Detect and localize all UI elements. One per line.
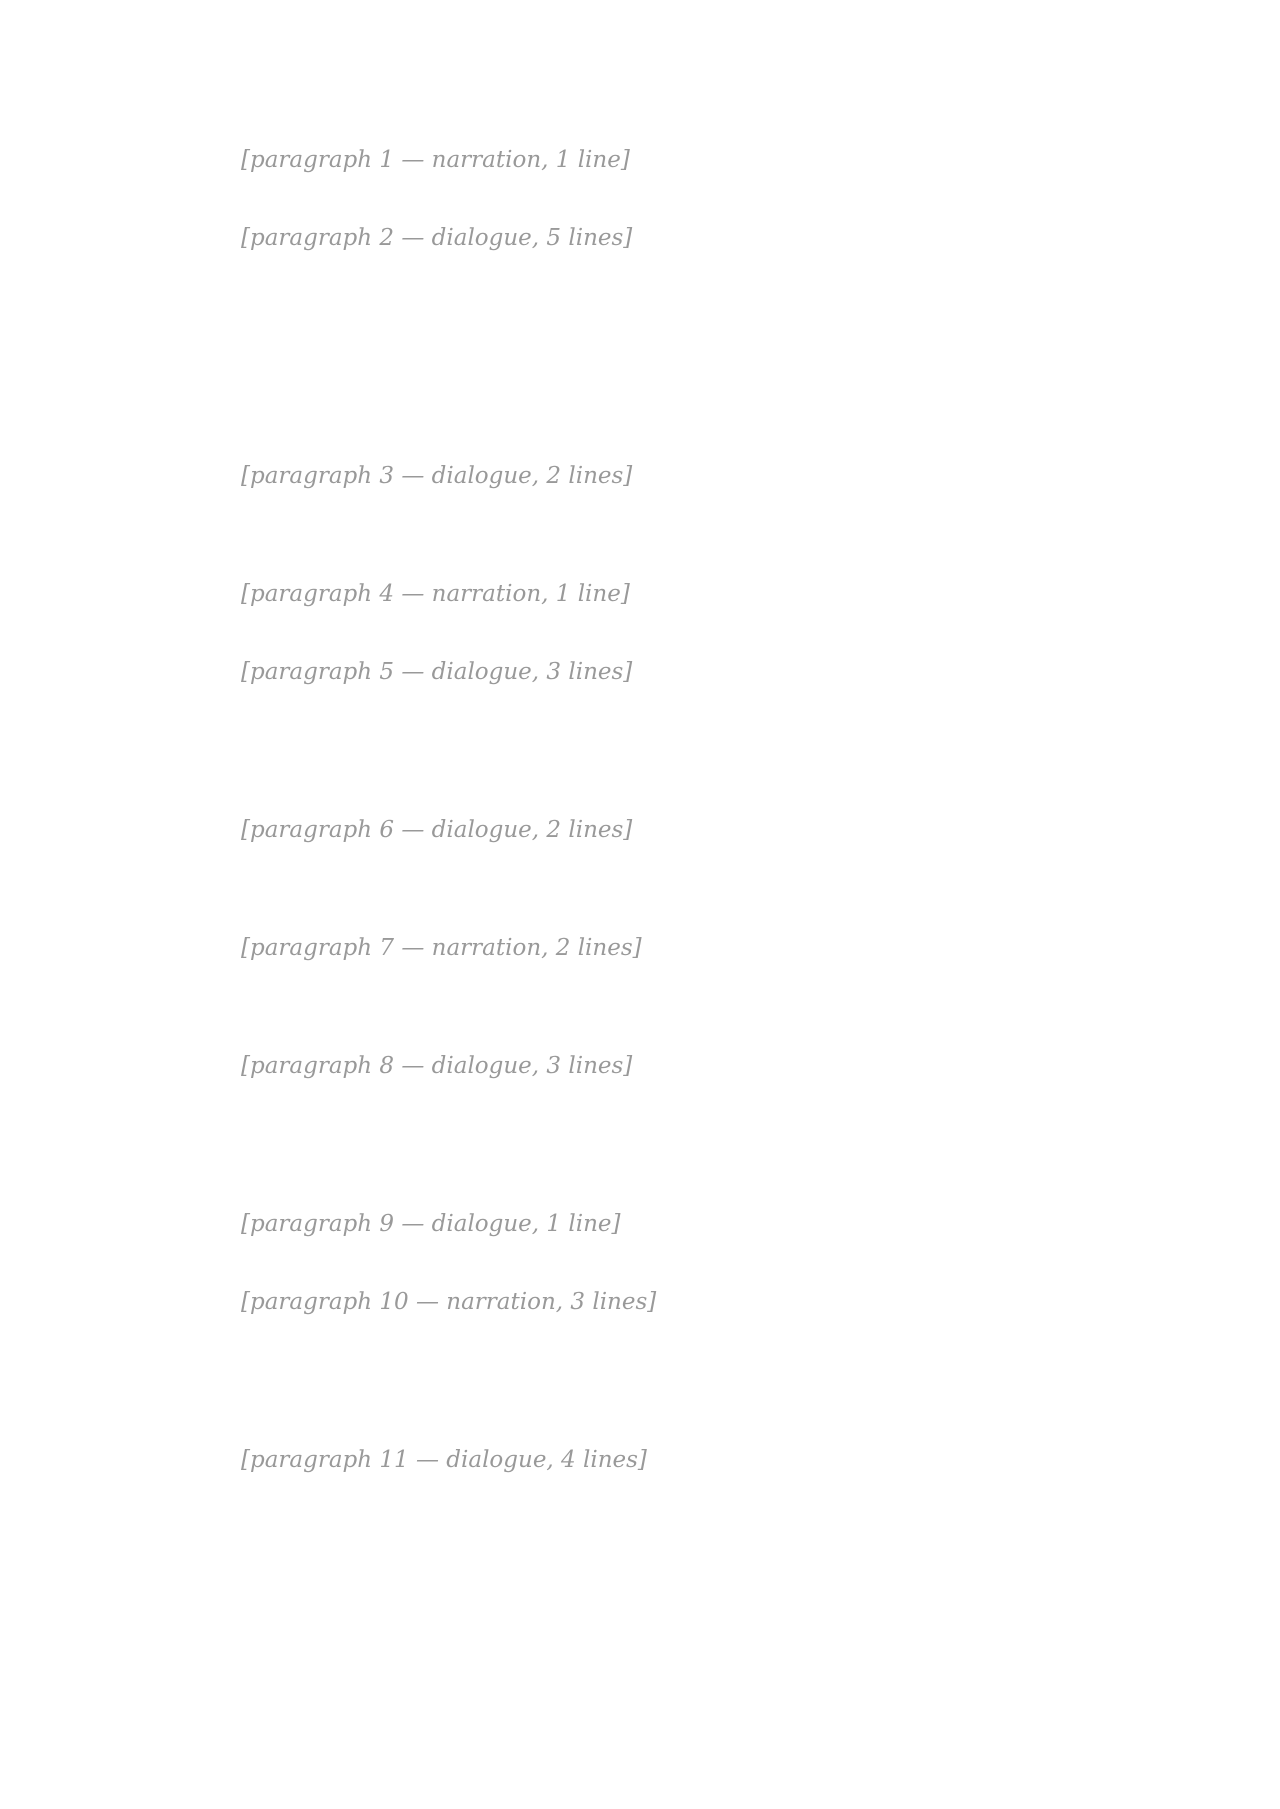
paragraph-3: [paragraph 3 — dialogue, 2 lines] <box>195 456 1095 536</box>
paragraph-5: [paragraph 5 — dialogue, 3 lines] <box>195 652 1095 772</box>
document-page: [paragraph 1 — narration, 1 line] [parag… <box>195 140 1095 1638</box>
paragraph-6: [paragraph 6 — dialogue, 2 lines] <box>195 810 1095 890</box>
paragraph-10: [paragraph 10 — narration, 3 lines] <box>195 1282 1095 1402</box>
paragraph-7: [paragraph 7 — narration, 2 lines] <box>195 928 1095 1008</box>
paragraph-11: [paragraph 11 — dialogue, 4 lines] <box>195 1440 1095 1600</box>
paragraph-4: [paragraph 4 — narration, 1 line] <box>195 574 1095 614</box>
paragraph-9: [paragraph 9 — dialogue, 1 line] <box>195 1204 1095 1244</box>
paragraph-1: [paragraph 1 — narration, 1 line] <box>195 140 1095 180</box>
paragraph-8: [paragraph 8 — dialogue, 3 lines] <box>195 1046 1095 1166</box>
paragraph-2: [paragraph 2 — dialogue, 5 lines] <box>195 218 1095 418</box>
